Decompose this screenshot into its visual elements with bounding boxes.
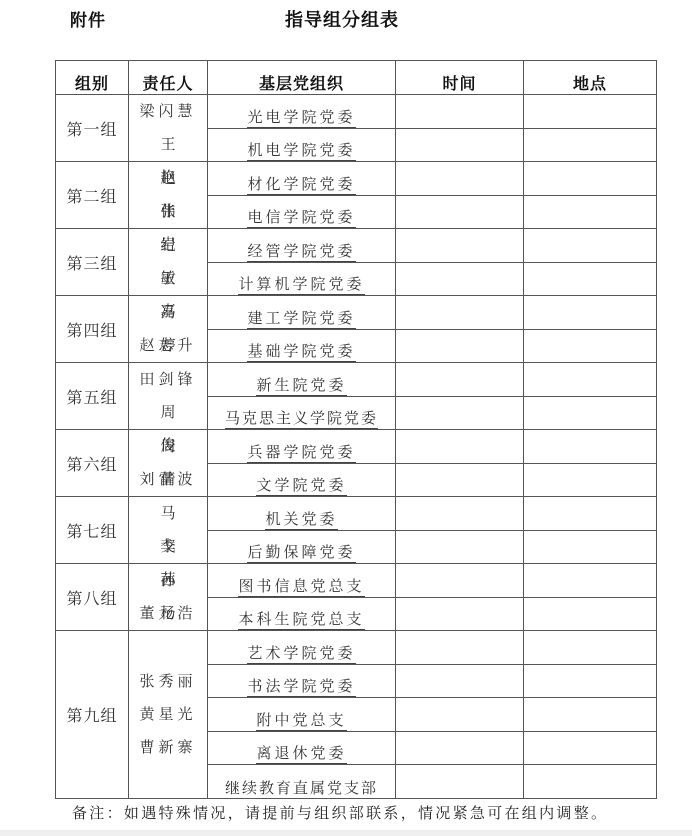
time-cell[interactable]: [396, 95, 524, 129]
party-org-name: 图书信息党总支: [238, 577, 364, 597]
time-cell[interactable]: [396, 363, 524, 397]
person-name: 张秀丽: [129, 665, 207, 698]
time-cell[interactable]: [396, 162, 524, 196]
time-cell[interactable]: [396, 296, 524, 330]
time-cell[interactable]: [396, 631, 524, 665]
person-name: 梁闪慧: [129, 95, 207, 128]
location-cell[interactable]: [524, 463, 657, 497]
party-org-name: 兵器学院党委: [247, 443, 355, 463]
party-org-cell: 光电学院党委: [208, 95, 396, 129]
person-name: 赵志升: [129, 329, 207, 362]
party-org-cell: 兵器学院党委: [208, 430, 396, 464]
party-org-cell: 图书信息党总支: [208, 564, 396, 598]
location-cell[interactable]: [524, 664, 657, 698]
group-name: 第五组: [56, 363, 129, 430]
person-name: 王 嘉: [129, 262, 207, 295]
party-org-name: 电信学院党委: [247, 208, 355, 228]
table-row: 第六组 周 倩 刘雷波 兵器学院党委: [56, 430, 657, 464]
time-cell[interactable]: [396, 597, 524, 631]
location-cell[interactable]: [524, 262, 657, 296]
responsible-people: 梁闪慧 王 艳: [129, 95, 208, 162]
attachment-label: 附件: [70, 6, 106, 31]
party-org-cell: 电信学院党委: [208, 195, 396, 229]
table-header-row: 组别 责任人 基层党组织 时间 地点: [56, 61, 657, 95]
person-name: 黄星光: [129, 698, 207, 731]
party-org-cell: 马克思主义学院党委: [208, 396, 396, 430]
person-name: 周 俊: [129, 396, 207, 429]
person-name: 马 戈: [129, 497, 207, 530]
group-name: 第三组: [56, 229, 129, 296]
person-name: 赵 伟: [129, 162, 207, 195]
party-org-cell: 后勤保障党委: [208, 530, 396, 564]
party-org-name: 后勤保障党委: [247, 543, 355, 563]
party-org-name: 继续教育直属党支部: [225, 779, 378, 798]
time-cell[interactable]: [396, 229, 524, 263]
responsible-people: 纪 敏 王 嘉: [129, 229, 208, 296]
location-cell[interactable]: [524, 731, 657, 765]
party-org-name: 机电学院党委: [247, 141, 355, 161]
person-name: 王 艳: [129, 128, 207, 161]
party-org-name: 文学院党委: [256, 476, 346, 496]
footer-note: 备注：如遇特殊情况，请提前与组织部联系，情况紧急可在组内调整。: [72, 802, 608, 823]
time-cell[interactable]: [396, 530, 524, 564]
group-name: 第九组: [56, 631, 129, 799]
time-cell[interactable]: [396, 765, 524, 799]
location-cell[interactable]: [524, 564, 657, 598]
person-name: 冯 婷: [129, 296, 207, 329]
party-org-cell: 经管学院党委: [208, 229, 396, 263]
responsible-people: 周 倩 刘雷波: [129, 430, 208, 497]
column-header-time: 时间: [396, 61, 524, 95]
time-cell[interactable]: [396, 564, 524, 598]
table-row: 第一组 梁闪慧 王 艳 光电学院党委: [56, 95, 657, 129]
time-cell[interactable]: [396, 396, 524, 430]
responsible-people: 田剑锋 周 俊: [129, 363, 208, 430]
location-cell[interactable]: [524, 765, 657, 799]
time-cell[interactable]: [396, 664, 524, 698]
location-cell[interactable]: [524, 296, 657, 330]
party-org-cell: 新生院党委: [208, 363, 396, 397]
time-cell[interactable]: [396, 698, 524, 732]
location-cell[interactable]: [524, 497, 657, 531]
table-row: 第八组 孙 杨 董元浩 图书信息党总支: [56, 564, 657, 598]
table-row: 第五组 田剑锋 周 俊 新生院党委: [56, 363, 657, 397]
party-org-name: 书法学院党委: [247, 677, 355, 697]
person-name: 董元浩: [129, 597, 207, 630]
party-org-cell: 继续教育直属党支部: [208, 765, 396, 799]
responsible-people: 冯 婷 赵志升: [129, 296, 208, 363]
group-name: 第八组: [56, 564, 129, 631]
person-name: 曹新寨: [129, 731, 207, 764]
party-org-name: 附中党总支: [256, 711, 346, 731]
person-name: 周 倩: [129, 430, 207, 463]
time-cell[interactable]: [396, 329, 524, 363]
party-org-name: 新生院党委: [256, 376, 346, 396]
responsible-people: 马 戈 李 茜: [129, 497, 208, 564]
table-row: 第九组 张秀丽 黄星光 曹新寨 艺术学院党委: [56, 631, 657, 665]
time-cell[interactable]: [396, 262, 524, 296]
responsible-people: 孙 杨 董元浩: [129, 564, 208, 631]
party-org-name: 计算机学院党委: [238, 275, 364, 295]
page-bottom-edge: [0, 830, 692, 836]
responsible-people: 赵 伟 张 岩: [129, 162, 208, 229]
location-cell[interactable]: [524, 530, 657, 564]
location-cell[interactable]: [524, 698, 657, 732]
person-name: 刘雷波: [129, 463, 207, 496]
location-cell[interactable]: [524, 229, 657, 263]
party-org-cell: 建工学院党委: [208, 296, 396, 330]
location-cell[interactable]: [524, 195, 657, 229]
table-row: 第二组 赵 伟 张 岩 材化学院党委: [56, 162, 657, 196]
party-org-name: 本科生院党总支: [238, 610, 364, 630]
party-org-name: 机关党委: [265, 510, 337, 530]
column-header-location: 地点: [524, 61, 657, 95]
group-name: 第二组: [56, 162, 129, 229]
location-cell[interactable]: [524, 162, 657, 196]
location-cell[interactable]: [524, 95, 657, 129]
party-org-cell: 机电学院党委: [208, 128, 396, 162]
location-cell[interactable]: [524, 329, 657, 363]
party-org-name: 马克思主义学院党委: [225, 409, 378, 429]
table-row: 第三组 纪 敏 王 嘉 经管学院党委: [56, 229, 657, 263]
party-org-name: 建工学院党委: [247, 309, 355, 329]
responsible-people: 张秀丽 黄星光 曹新寨: [129, 631, 208, 799]
party-org-name: 光电学院党委: [247, 108, 355, 128]
location-cell[interactable]: [524, 128, 657, 162]
person-name: 李 茜: [129, 530, 207, 563]
person-name: 田剑锋: [129, 363, 207, 396]
party-org-cell: 计算机学院党委: [208, 262, 396, 296]
party-org-cell: 书法学院党委: [208, 664, 396, 698]
person-name: 张 岩: [129, 195, 207, 228]
party-org-name: 基础学院党委: [247, 342, 355, 362]
column-header-group: 组别: [56, 61, 129, 95]
time-cell[interactable]: [396, 430, 524, 464]
party-org-cell: 机关党委: [208, 497, 396, 531]
column-header-responsible: 责任人: [129, 61, 208, 95]
table-row: 第七组 马 戈 李 茜 机关党委: [56, 497, 657, 531]
person-name: 孙 杨: [129, 564, 207, 597]
time-cell[interactable]: [396, 497, 524, 531]
grouping-table: 组别 责任人 基层党组织 时间 地点 第一组 梁闪慧 王 艳 光电学院党委 机电…: [55, 60, 657, 799]
page-title: 指导组分组表: [285, 6, 399, 32]
party-org-name: 离退休党委: [256, 744, 346, 764]
party-org-cell: 离退休党委: [208, 731, 396, 765]
party-org-cell: 基础学院党委: [208, 329, 396, 363]
time-cell[interactable]: [396, 731, 524, 765]
table-row: 第四组 冯 婷 赵志升 建工学院党委: [56, 296, 657, 330]
location-cell[interactable]: [524, 631, 657, 665]
party-org-name: 经管学院党委: [247, 242, 355, 262]
party-org-name: 艺术学院党委: [247, 644, 355, 664]
location-cell[interactable]: [524, 363, 657, 397]
party-org-cell: 本科生院党总支: [208, 597, 396, 631]
location-cell[interactable]: [524, 597, 657, 631]
party-org-cell: 材化学院党委: [208, 162, 396, 196]
person-name: 纪 敏: [129, 229, 207, 262]
group-name: 第七组: [56, 497, 129, 564]
time-cell[interactable]: [396, 128, 524, 162]
time-cell[interactable]: [396, 463, 524, 497]
group-name: 第六组: [56, 430, 129, 497]
group-name: 第一组: [56, 95, 129, 162]
party-org-cell: 附中党总支: [208, 698, 396, 732]
party-org-name: 材化学院党委: [247, 175, 355, 195]
party-org-cell: 艺术学院党委: [208, 631, 396, 665]
party-org-cell: 文学院党委: [208, 463, 396, 497]
location-cell[interactable]: [524, 396, 657, 430]
location-cell[interactable]: [524, 430, 657, 464]
group-name: 第四组: [56, 296, 129, 363]
column-header-party-org: 基层党组织: [208, 61, 396, 95]
time-cell[interactable]: [396, 195, 524, 229]
